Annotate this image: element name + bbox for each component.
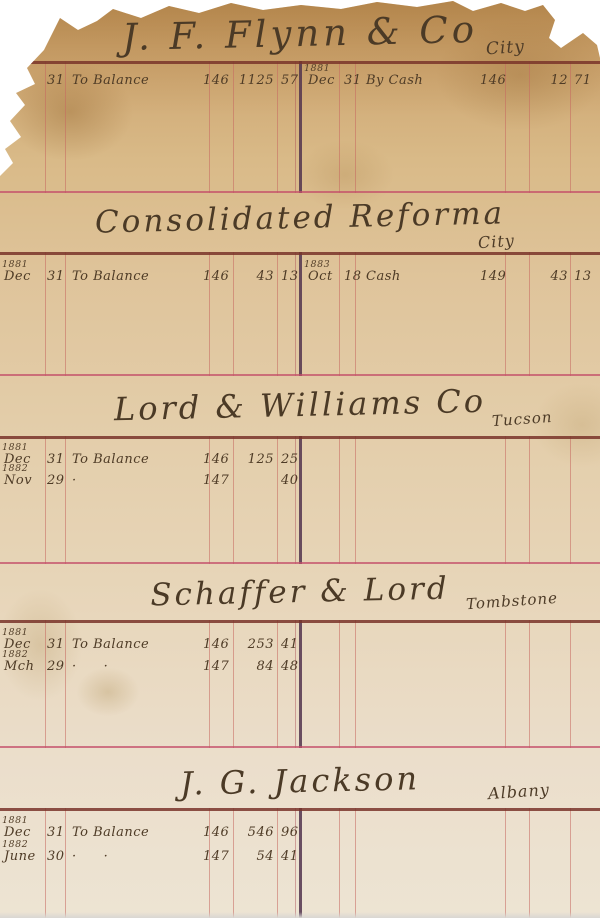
ledger-grid: 1881 Dec 31 To Balance 146 546 96 1882 J… <box>0 808 600 918</box>
account-location: Albany <box>487 780 550 803</box>
entry-day: 31 <box>47 825 69 845</box>
paper: J. F. Flynn & Co City Dec 31 To Balance … <box>0 0 600 918</box>
ledger-entry-debit: 1881 Dec 31 To Balance 146 546 96 <box>0 825 300 845</box>
ledger-section-jackson: J. G. Jackson Albany 1881 Dec 31 To Bala… <box>0 0 600 918</box>
entry-cents: 41 <box>281 849 307 869</box>
entry-cents: 96 <box>281 825 307 845</box>
entry-day: 30 <box>47 849 69 869</box>
scanned-ledger-page: J. F. Flynn & Co City Dec 31 To Balance … <box>0 0 600 918</box>
entry-description: To Balance <box>72 825 149 845</box>
entry-description: · · <box>72 849 108 869</box>
entry-month: June <box>4 849 46 869</box>
ledger-entry-debit: 1882 June 30 · · 147 54 41 <box>0 849 300 869</box>
entry-dollars: 54 <box>228 849 274 869</box>
entry-dollars: 546 <box>228 825 274 845</box>
scan-bottom-edge <box>0 912 600 918</box>
